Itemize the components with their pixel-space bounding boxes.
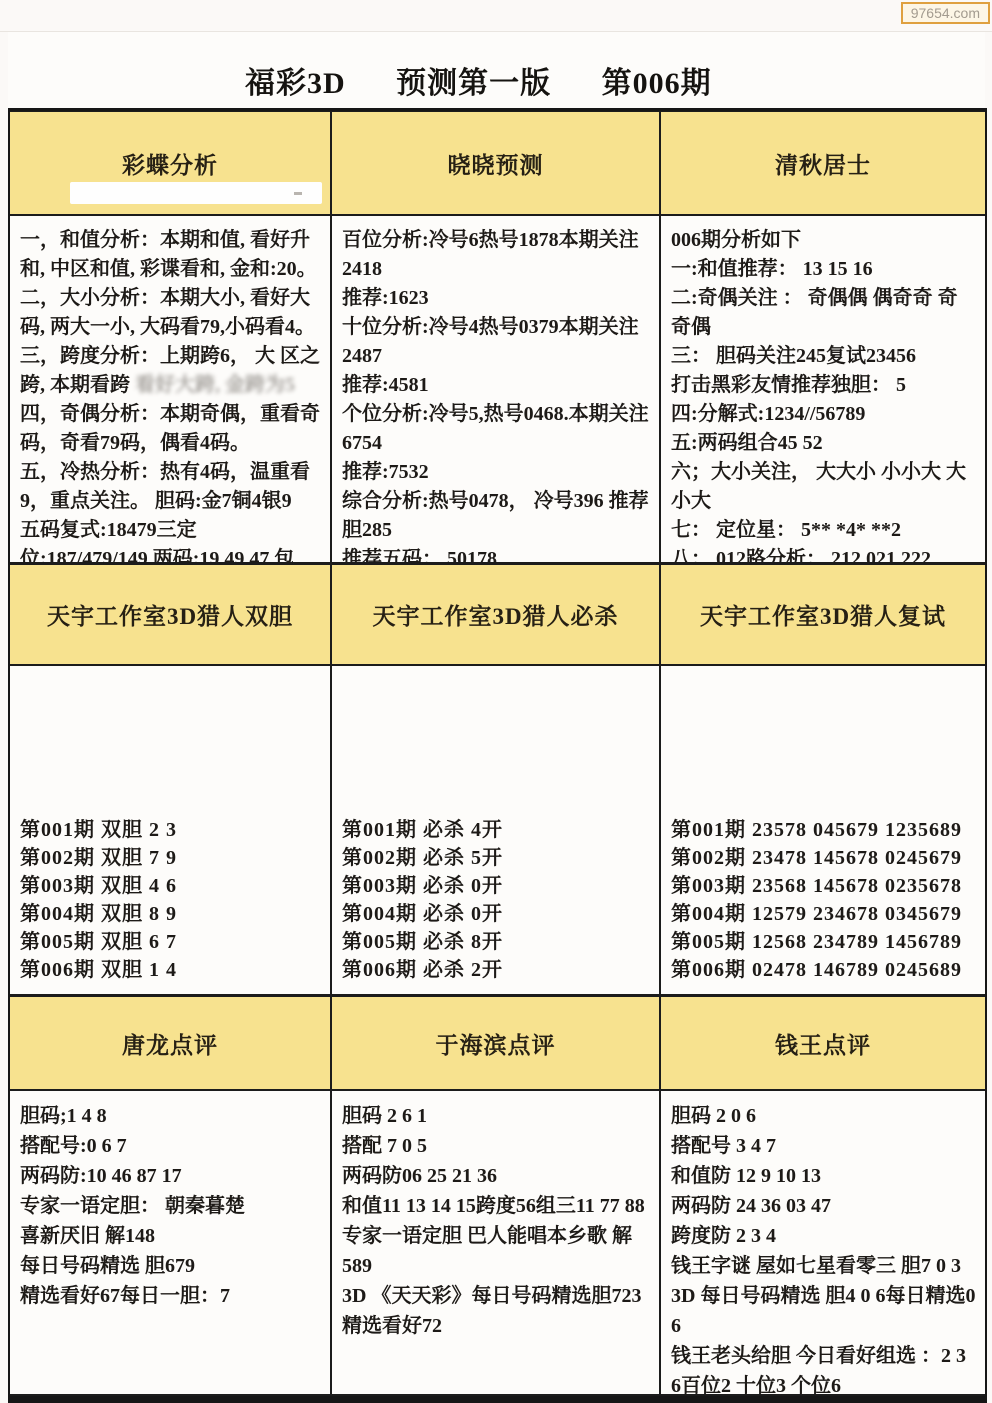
text-line: 五码复式:18479三定位:187/479/149 两码:19 49 47 包星… — [20, 516, 322, 564]
smudged-text: 看好大跨, 金跨为5 — [135, 374, 295, 396]
header-label: 唐龙点评 — [122, 1027, 218, 1060]
erased-watermark-box — [70, 182, 322, 204]
text-line: 第006期 02478 146789 0245689 — [671, 956, 977, 984]
text-line: 两码防 24 36 03 47 — [671, 1191, 977, 1221]
text-line: 和值防 12 9 10 13 — [671, 1161, 977, 1191]
text-line: 喜新厌旧 解148 — [20, 1221, 322, 1251]
erased-watermark-speck — [294, 192, 302, 195]
text-line: 精选看好67每日一胆：7 — [20, 1281, 322, 1311]
header-label: 钱王点评 — [775, 1027, 871, 1060]
text-line: 3D 《天天彩》每日号码精选胆723精选看好72 — [342, 1281, 651, 1341]
header-label: 天宇工作室3D猎人复试 — [700, 598, 946, 631]
text-line: 四:分解式:1234//56789 — [671, 400, 977, 429]
content-yuhaibin-dianping: 胆码 2 6 1搭配 7 0 5两码防06 25 21 36和值11 13 14… — [332, 1091, 661, 1396]
site-watermark-text: 97654.com — [911, 5, 980, 21]
header-caidie-fenxi: 彩蝶分析 — [10, 111, 332, 216]
text-line: 第006期 必杀 2开 — [342, 956, 651, 984]
text-line: 搭配号:0 6 7 — [20, 1131, 322, 1161]
text-line: 胆码 2 0 6 — [671, 1101, 977, 1131]
text-line: 推荐:1623 — [342, 284, 651, 313]
header-qianwang-dianping: 钱王点评 — [661, 996, 985, 1091]
text-line: 第005期 必杀 8开 — [342, 928, 651, 956]
header-qingqiu-jushi: 清秋居士 — [661, 111, 985, 216]
title-issue-number: 第006期 — [602, 67, 712, 100]
page-title: 福彩3D 预测第一版 第006期 — [245, 58, 712, 102]
text-line: 三： 胆码关注245复试23456 — [671, 342, 977, 371]
text-line: 打击黑彩友情推荐独胆： 5 — [671, 371, 977, 400]
text-line: 第004期 必杀 0开 — [342, 900, 651, 928]
header-tianyu-shuangdan: 天宇工作室3D猎人双胆 — [10, 564, 332, 666]
text-line: 和值11 13 14 15跨度56组三11 77 88 — [342, 1191, 651, 1221]
text-line: 钱王字谜 屋如七星看零三 胆7 0 3 — [671, 1251, 977, 1281]
title-lottery-name: 福彩3D — [245, 67, 346, 100]
title-edition: 预测第一版 — [396, 67, 551, 100]
site-watermark-badge: 97654.com — [901, 2, 990, 24]
text-line: 二，大小分析：本期大小, 看好大码, 两大一小, 大码看79,小码看4。 — [20, 284, 322, 342]
text-line: 四，奇偶分析：本期奇偶，重看奇码，奇看79码，偶看4码。 — [20, 400, 322, 458]
text-line: 五，冷热分析：热有4码，温重看9，重点关注。 胆码:金7铜4银9 — [20, 458, 322, 516]
text-line: 一，和值分析：本期和值, 看好升和, 中区和值, 彩谍看和, 金和:20。 — [20, 226, 322, 284]
content-qingqiu-jushi: 006期分析如下一:和值推荐： 13 15 16二:奇偶关注 ： 奇偶偶 偶奇奇… — [661, 216, 985, 564]
text-line: 第003期 23568 145678 0235678 — [671, 872, 977, 900]
text-line: 3D 每日号码精选 胆4 0 6每日精选0 6 — [671, 1281, 977, 1341]
header-label: 彩蝶分析 — [122, 147, 218, 180]
content-qianwang-dianping: 胆码 2 0 6搭配号 3 4 7和值防 12 9 10 13两码防 24 36… — [661, 1091, 985, 1396]
header-label: 天宇工作室3D猎人双胆 — [47, 598, 293, 631]
text-line: 十位分析:冷号4热号0379本期关注2487 — [342, 313, 651, 371]
text-line: 二:奇偶关注 ： 奇偶偶 偶奇奇 奇奇偶 — [671, 284, 977, 342]
text-line: 七： 定位星： 5** *4* **2 — [671, 516, 977, 545]
content-caidie-fenxi: 一，和值分析：本期和值, 看好升和, 中区和值, 彩谍看和, 金和:20。二，大… — [10, 216, 332, 564]
text-line: 专家一语定胆 巴人能唱本乡歌 解589 — [342, 1221, 651, 1281]
text-line: 钱王老头给胆 今日看好组选 ：2 3 6百位2 十位3 个位6 — [671, 1341, 977, 1396]
text-line: 推荐:7532 — [342, 458, 651, 487]
content-tianyu-fushi: 第001期 23578 045679 1235689第002期 23478 14… — [661, 666, 985, 996]
header-label: 天宇工作室3D猎人必杀 — [372, 598, 618, 631]
text-line: 第003期 必杀 0开 — [342, 872, 651, 900]
header-label: 晓晓预测 — [448, 147, 544, 180]
text-line: 每日号码精选 胆679 — [20, 1251, 322, 1281]
text-line: 六；大小关注， 大大小 小小大 大小大 — [671, 458, 977, 516]
text-line: 三，跨度分析：上期跨6， 大 区之跨, 本期看跨 看好大跨, 金跨为5 — [20, 342, 322, 400]
text-line: 推荐五码： 50178 — [342, 545, 651, 564]
prediction-table: 彩蝶分析 晓晓预测 清秋居士 一，和值分析：本期和值, 看好升和, 中区和值, … — [8, 108, 987, 1403]
content-tianyu-shuangdan: 第001期 双胆 2 3第002期 双胆 7 9第003期 双胆 4 6第004… — [10, 666, 332, 996]
text-line: 搭配 7 0 5 — [342, 1131, 651, 1161]
text-line: 第003期 双胆 4 6 — [20, 872, 322, 900]
text-line: 第001期 23578 045679 1235689 — [671, 816, 977, 844]
text-line: 第001期 双胆 2 3 — [20, 816, 322, 844]
text-line: 两码防06 25 21 36 — [342, 1161, 651, 1191]
text-line: 跨度防 2 3 4 — [671, 1221, 977, 1251]
text-line: 八： 012路分析： 212 021 222 — [671, 545, 977, 564]
text-line: 胆码 2 6 1 — [342, 1101, 651, 1131]
text-line: 第002期 必杀 5开 — [342, 844, 651, 872]
text-line: 第002期 双胆 7 9 — [20, 844, 322, 872]
text-line: 第006期 双胆 1 4 — [20, 956, 322, 984]
content-tanglong-dianping: 胆码;1 4 8搭配号:0 6 7两码防:10 46 87 17专家一语定胆： … — [10, 1091, 332, 1396]
header-tianyu-bisha: 天宇工作室3D猎人必杀 — [332, 564, 661, 666]
text-line: 第005期 双胆 6 7 — [20, 928, 322, 956]
text-line: 第002期 23478 145678 0245679 — [671, 844, 977, 872]
header-yuhaibin-dianping: 于海滨点评 — [332, 996, 661, 1091]
text-line: 第005期 12568 234789 1456789 — [671, 928, 977, 956]
text-line: 个位分析:冷号5,热号0468.本期关注6754 — [342, 400, 651, 458]
header-xiaoxiao-yuce: 晓晓预测 — [332, 111, 661, 216]
header-tianyu-fushi: 天宇工作室3D猎人复试 — [661, 564, 985, 666]
content-tianyu-bisha: 第001期 必杀 4开第002期 必杀 5开第003期 必杀 0开第004期 必… — [332, 666, 661, 996]
text-line: 专家一语定胆： 朝秦暮楚 — [20, 1191, 322, 1221]
text-line: 一:和值推荐： 13 15 16 — [671, 255, 977, 284]
text-line: 006期分析如下 — [671, 226, 977, 255]
text-line: 综合分析:热号0478， 冷号396 推荐胆285 — [342, 487, 651, 545]
text-line: 搭配号 3 4 7 — [671, 1131, 977, 1161]
header-label: 清秋居士 — [775, 147, 871, 180]
text-line: 五:两码组合45 52 — [671, 429, 977, 458]
text-line: 两码防:10 46 87 17 — [20, 1161, 322, 1191]
text-line: 推荐:4581 — [342, 371, 651, 400]
text-line: 第004期 12579 234678 0345679 — [671, 900, 977, 928]
text-line: 第001期 必杀 4开 — [342, 816, 651, 844]
header-tanglong-dianping: 唐龙点评 — [10, 996, 332, 1091]
header-label: 于海滨点评 — [436, 1027, 556, 1060]
text-line: 第004期 双胆 8 9 — [20, 900, 322, 928]
text-line: 百位分析:冷号6热号1878本期关注2418 — [342, 226, 651, 284]
content-xiaoxiao-yuce: 百位分析:冷号6热号1878本期关注2418推荐:1623十位分析:冷号4热号0… — [332, 216, 661, 564]
text-line: 胆码;1 4 8 — [20, 1101, 322, 1131]
